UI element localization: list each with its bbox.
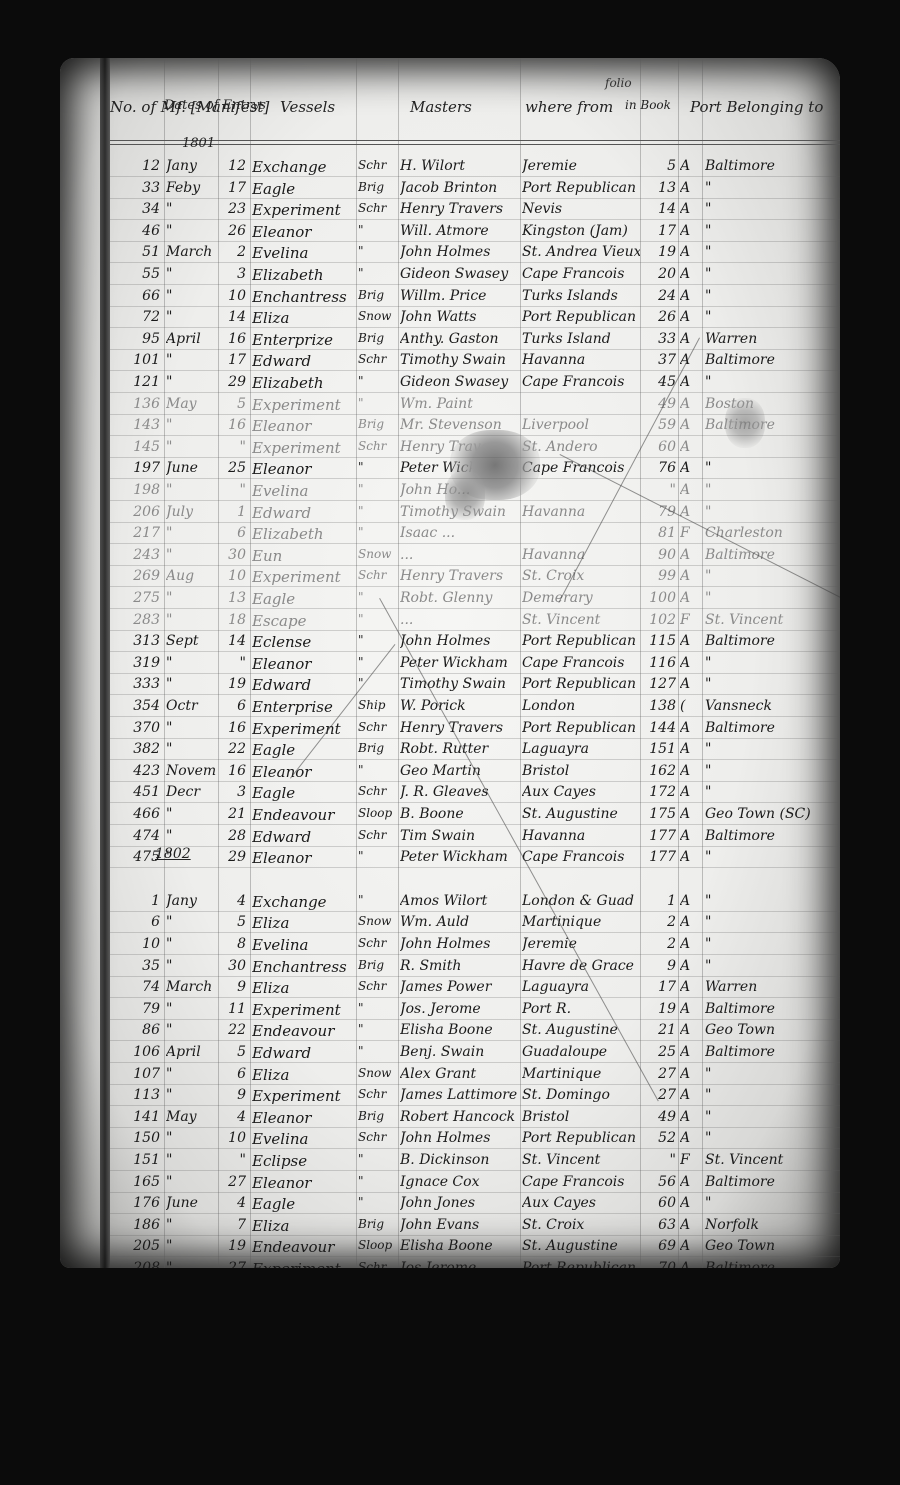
cell-folio: 115	[642, 633, 676, 649]
cell-from: Martinique	[522, 914, 640, 930]
cell-no: 66	[112, 288, 160, 304]
cell-vessel: Eleanor	[252, 417, 354, 435]
cell-no: 1	[112, 893, 160, 909]
cell-port: Baltimore	[705, 1174, 835, 1190]
cell-no: 206	[112, 504, 160, 520]
cell-month: "	[166, 958, 218, 974]
cell-day: 14	[220, 309, 246, 325]
cell-folio: 9	[642, 958, 676, 974]
cell-day: 5	[220, 914, 246, 930]
cell-day: 29	[220, 374, 246, 390]
cell-rig: Schr	[358, 936, 396, 950]
cell-master: H. Wilort	[400, 158, 520, 174]
cell-from: Guadaloupe	[522, 1044, 640, 1060]
cell-folio: 127	[642, 676, 676, 692]
cell-day: 1	[220, 504, 246, 520]
cell-no: 333	[112, 676, 160, 692]
cell-month: "	[166, 309, 218, 325]
cell-folio: 45	[642, 374, 676, 390]
cell-from: St. Vincent	[522, 612, 640, 628]
row-rule	[110, 911, 840, 912]
cell-folio: 90	[642, 547, 676, 563]
cell-port: Baltimore	[705, 1044, 835, 1060]
cell-no: 86	[112, 1022, 160, 1038]
cell-mark: A	[680, 655, 700, 671]
cell-day: 11	[220, 1001, 246, 1017]
cell-rig: "	[358, 1001, 396, 1015]
cell-vessel: Experiment	[252, 1087, 354, 1105]
row-rule	[110, 716, 840, 717]
cell-day: 19	[220, 676, 246, 692]
cell-vessel: Evelina	[252, 936, 354, 954]
cell-rig: "	[358, 590, 396, 604]
cell-master: Geo Martin	[400, 763, 520, 779]
cell-vessel: Eagle	[252, 1195, 354, 1213]
cell-no: 451	[112, 784, 160, 800]
cell-from: Port Republican	[522, 1130, 640, 1146]
cell-month: "	[166, 374, 218, 390]
row-rule	[110, 1084, 840, 1085]
cell-rig: "	[358, 1044, 396, 1058]
cell-vessel: Eleanor	[252, 460, 354, 478]
cell-month: "	[166, 936, 218, 952]
row-rule	[110, 1062, 840, 1063]
cell-vessel: Eleanor	[252, 655, 354, 673]
cell-folio: 19	[642, 1001, 676, 1017]
cell-port: Baltimore	[705, 352, 835, 368]
row-rule	[110, 565, 840, 566]
cell-mark: A	[680, 1217, 700, 1233]
row-rule	[110, 954, 840, 955]
cell-port: St. Vincent	[705, 1152, 835, 1168]
cell-master: John Watts	[400, 309, 520, 325]
cell-vessel: Edward	[252, 504, 354, 522]
cell-vessel: Experiment	[252, 439, 354, 457]
cell-port: "	[705, 180, 835, 196]
cell-port: Geo Town	[705, 1022, 835, 1038]
cell-month: March	[166, 244, 218, 260]
cell-from: St. Vincent	[522, 1152, 640, 1168]
cell-month: "	[166, 439, 218, 455]
cell-day: 2	[220, 244, 246, 260]
cell-mark: A	[680, 1260, 700, 1268]
cell-folio: 5	[642, 158, 676, 174]
cell-no: 466	[112, 806, 160, 822]
row-rule	[110, 846, 840, 847]
cell-day: 23	[220, 201, 246, 217]
cell-from: St. Croix	[522, 1217, 640, 1233]
ledger-header: No. of Mf. [Manifest] Dates of Entrys Ve…	[110, 98, 840, 138]
cell-mark: (	[680, 698, 700, 714]
cell-day: 4	[220, 1109, 246, 1125]
cell-master: Gideon Swasey	[400, 374, 520, 390]
row-rule	[110, 802, 840, 803]
cell-day: 10	[220, 568, 246, 584]
cell-day: 28	[220, 828, 246, 844]
cell-no: 74	[112, 979, 160, 995]
cell-folio: 24	[642, 288, 676, 304]
cell-master: ...	[400, 547, 520, 563]
cell-mark: A	[680, 849, 700, 865]
cell-folio: 100	[642, 590, 676, 606]
row-rule	[110, 997, 840, 998]
cell-no: 10	[112, 936, 160, 952]
cell-day: "	[220, 655, 246, 671]
cell-day: 5	[220, 396, 246, 412]
row-rule	[110, 500, 840, 501]
cell-rig: "	[358, 893, 396, 907]
cell-rig: "	[358, 1152, 396, 1166]
cell-master: Ignace Cox	[400, 1174, 520, 1190]
cell-folio: "	[642, 1152, 676, 1168]
cell-month: "	[166, 612, 218, 628]
year-label: 1801	[182, 136, 215, 151]
cell-port: "	[705, 655, 835, 671]
cell-mark: A	[680, 1174, 700, 1190]
cell-no: 6	[112, 914, 160, 930]
cell-port: "	[705, 201, 835, 217]
cell-port: "	[705, 1109, 835, 1125]
cell-day: 30	[220, 547, 246, 563]
cell-rig: Brig	[358, 180, 396, 194]
cell-master: J. R. Gleaves	[400, 784, 520, 800]
cell-day: 3	[220, 266, 246, 282]
cell-mark: A	[680, 568, 700, 584]
cell-no: 72	[112, 309, 160, 325]
cell-mark: A	[680, 958, 700, 974]
cell-vessel: Eclense	[252, 633, 354, 651]
cell-port: Warren	[705, 331, 835, 347]
cell-day: 13	[220, 590, 246, 606]
row-rule	[110, 824, 840, 825]
cell-month: May	[166, 1109, 218, 1125]
cell-mark: A	[680, 460, 700, 476]
cell-month: "	[166, 1238, 218, 1254]
cell-vessel: Elizabeth	[252, 374, 354, 392]
cell-vessel: Eleanor	[252, 1109, 354, 1127]
cell-master: John Holmes	[400, 936, 520, 952]
cell-port: Geo Town	[705, 1238, 835, 1254]
cell-rig: "	[358, 460, 396, 474]
cell-month: June	[166, 460, 218, 476]
cell-master: ...	[400, 612, 520, 628]
cell-folio: 102	[642, 612, 676, 628]
cell-master: Isaac ...	[400, 525, 520, 541]
cell-no: 186	[112, 1217, 160, 1233]
cell-month: Feby	[166, 180, 218, 196]
row-rule	[110, 976, 840, 977]
cell-day: 18	[220, 612, 246, 628]
cell-from: Cape Francois	[522, 655, 640, 671]
row-rule	[110, 867, 840, 868]
cell-folio: 116	[642, 655, 676, 671]
cell-month: "	[166, 1066, 218, 1082]
cell-day: 10	[220, 288, 246, 304]
cell-no: 269	[112, 568, 160, 584]
row-rule	[110, 543, 840, 544]
cell-master: Timothy Swain	[400, 352, 520, 368]
ink-stain	[725, 398, 765, 448]
cell-day: 14	[220, 633, 246, 649]
cell-master: Tim Swain	[400, 828, 520, 844]
cell-folio: "	[642, 482, 676, 498]
row-rule	[110, 522, 840, 523]
cell-port: "	[705, 676, 835, 692]
cell-port: Geo Town (SC)	[705, 806, 835, 822]
cell-from: Nevis	[522, 201, 640, 217]
cell-day: 30	[220, 958, 246, 974]
cell-no: 106	[112, 1044, 160, 1060]
cell-mark: A	[680, 1195, 700, 1211]
cell-vessel: Experiment	[252, 396, 354, 414]
cell-port: "	[705, 1066, 835, 1082]
cell-master: Wm. Auld	[400, 914, 520, 930]
cell-month: "	[166, 914, 218, 930]
cell-no: 141	[112, 1109, 160, 1125]
cell-rig: "	[358, 1195, 396, 1209]
cell-from: Bristol	[522, 1109, 640, 1125]
cell-folio: 60	[642, 439, 676, 455]
cell-rig: "	[358, 504, 396, 518]
cell-rig: Brig	[358, 417, 396, 431]
cell-master: Willm. Price	[400, 288, 520, 304]
cell-month: "	[166, 525, 218, 541]
cell-vessel: Enchantress	[252, 288, 354, 306]
cell-mark: A	[680, 1044, 700, 1060]
cell-mark: A	[680, 633, 700, 649]
cell-folio: 70	[642, 1260, 676, 1268]
row-rule	[110, 1148, 840, 1149]
cell-master: John Holmes	[400, 1130, 520, 1146]
cell-mark: A	[680, 1087, 700, 1103]
cell-folio: 69	[642, 1238, 676, 1254]
row-rule	[110, 327, 840, 328]
cell-folio: 138	[642, 698, 676, 714]
cell-rig: "	[358, 849, 396, 863]
cell-vessel: Endeavour	[252, 806, 354, 824]
cell-day: 9	[220, 979, 246, 995]
cell-port: "	[705, 568, 835, 584]
cell-rig: Sloop	[358, 1238, 396, 1252]
cell-port: "	[705, 849, 835, 865]
cell-vessel: Eagle	[252, 784, 354, 802]
cell-no: 319	[112, 655, 160, 671]
cell-day: 27	[220, 1260, 246, 1268]
cell-port: "	[705, 288, 835, 304]
row-rule	[110, 241, 840, 242]
cell-vessel: Experiment	[252, 720, 354, 738]
row-rule	[110, 781, 840, 782]
cell-month: Jany	[166, 158, 218, 174]
cell-rig: Schr	[358, 1087, 396, 1101]
cell-rig: Brig	[358, 288, 396, 302]
cell-mark: A	[680, 396, 700, 412]
cell-from: St. Andrea Vieux	[522, 244, 640, 260]
header-date: Dates of Entrys	[164, 98, 266, 113]
cell-vessel: Eagle	[252, 741, 354, 759]
cell-mark: A	[680, 676, 700, 692]
row-rule	[110, 694, 840, 695]
cell-day: 27	[220, 1174, 246, 1190]
cell-folio: 175	[642, 806, 676, 822]
cell-no: 382	[112, 741, 160, 757]
cell-day: 16	[220, 417, 246, 433]
cell-month: "	[166, 352, 218, 368]
row-rule	[110, 198, 840, 199]
cell-folio: 144	[642, 720, 676, 736]
cell-no: 217	[112, 525, 160, 541]
row-rule	[110, 1019, 840, 1020]
cell-mark: F	[680, 525, 700, 541]
cell-no: 423	[112, 763, 160, 779]
cell-vessel: Eagle	[252, 590, 354, 608]
cell-folio: 99	[642, 568, 676, 584]
cell-month: "	[166, 223, 218, 239]
cell-vessel: Exchange	[252, 158, 354, 176]
cell-rig: Brig	[358, 331, 396, 345]
cell-mark: A	[680, 439, 700, 455]
cell-vessel: Experiment	[252, 1001, 354, 1019]
cell-master: R. Smith	[400, 958, 520, 974]
cell-month: "	[166, 676, 218, 692]
cell-master: W. Porick	[400, 698, 520, 714]
cell-rig: Schr	[358, 158, 396, 172]
cell-master: Timothy Swain	[400, 676, 520, 692]
cell-no: 121	[112, 374, 160, 390]
cell-month: May	[166, 396, 218, 412]
row-rule	[110, 414, 840, 415]
cell-vessel: Eagle	[252, 180, 354, 198]
cell-folio: 17	[642, 979, 676, 995]
cell-no: 313	[112, 633, 160, 649]
cell-vessel: Eclipse	[252, 1152, 354, 1170]
cell-folio: 19	[642, 244, 676, 260]
cell-mark: A	[680, 223, 700, 239]
cell-vessel: Eliza	[252, 1217, 354, 1235]
cell-vessel: Eliza	[252, 309, 354, 327]
cell-from: Jeremie	[522, 158, 640, 174]
cell-rig: Snow	[358, 914, 396, 928]
cell-port: "	[705, 741, 835, 757]
cell-from: Cape Francois	[522, 849, 640, 865]
cell-day: 21	[220, 806, 246, 822]
cell-mark: A	[680, 590, 700, 606]
cell-rig: "	[358, 1174, 396, 1188]
cell-day: 9	[220, 1087, 246, 1103]
cell-no: 107	[112, 1066, 160, 1082]
cell-from: Aux Cayes	[522, 1195, 640, 1211]
cell-no: 205	[112, 1238, 160, 1254]
cell-rig: Schr	[358, 1260, 396, 1268]
cell-no: 283	[112, 612, 160, 628]
cell-no: 243	[112, 547, 160, 563]
cell-master: Henry Travers	[400, 568, 520, 584]
cell-folio: 151	[642, 741, 676, 757]
cell-day: 26	[220, 223, 246, 239]
cell-day: 10	[220, 1130, 246, 1146]
cell-month: "	[166, 547, 218, 563]
cell-port: "	[705, 784, 835, 800]
cell-from: Kingston (Jam)	[522, 223, 640, 239]
cell-from: St. Andero	[522, 439, 640, 455]
row-rule	[110, 176, 840, 177]
folio-note: folio	[605, 76, 632, 90]
cell-vessel: Edward	[252, 676, 354, 694]
cell-rig: Schr	[358, 1130, 396, 1144]
cell-no: 33	[112, 180, 160, 196]
cell-month: April	[166, 1044, 218, 1060]
cell-from: Turks Island	[522, 331, 640, 347]
cell-folio: 37	[642, 352, 676, 368]
cell-rig: Brig	[358, 1217, 396, 1231]
row-rule	[110, 457, 840, 458]
cell-folio: 56	[642, 1174, 676, 1190]
cell-day: 4	[220, 1195, 246, 1211]
cell-rig: Schr	[358, 201, 396, 215]
cell-master: John Jones	[400, 1195, 520, 1211]
row-rule	[110, 349, 840, 350]
cell-from: Cape Francois	[522, 374, 640, 390]
cell-day: 6	[220, 1066, 246, 1082]
cell-vessel: Eleanor	[252, 223, 354, 241]
cell-from: Cape Francois	[522, 266, 640, 282]
row-rule	[110, 478, 840, 479]
cell-master: Wm. Paint	[400, 396, 520, 412]
cell-rig: "	[358, 525, 396, 539]
cell-day: 25	[220, 460, 246, 476]
cell-vessel: Eleanor	[252, 1174, 354, 1192]
cell-master: Henry Travers	[400, 720, 520, 736]
cell-month: "	[166, 417, 218, 433]
cell-no: 113	[112, 1087, 160, 1103]
cell-vessel: Elizabeth	[252, 525, 354, 543]
cell-master: James Power	[400, 979, 520, 995]
cell-master: Anthy. Gaston	[400, 331, 520, 347]
cell-day: 3	[220, 784, 246, 800]
cell-mark: A	[680, 547, 700, 563]
cell-vessel: Enterprise	[252, 698, 354, 716]
cell-master: Alex Grant	[400, 1066, 520, 1082]
cell-folio: 49	[642, 396, 676, 412]
cell-master: Elisha Boone	[400, 1238, 520, 1254]
cell-port: Baltimore	[705, 1260, 835, 1268]
cell-mark: A	[680, 893, 700, 909]
cell-no: 34	[112, 201, 160, 217]
header-where-from: where from	[525, 98, 613, 116]
cell-from: St. Augustine	[522, 1238, 640, 1254]
cell-port: Norfolk	[705, 1217, 835, 1233]
cell-master: Jos. Jerome	[400, 1001, 520, 1017]
cell-no: 95	[112, 331, 160, 347]
cell-no: 474	[112, 828, 160, 844]
cell-month: "	[166, 741, 218, 757]
cell-vessel: Enterprize	[252, 331, 354, 349]
cell-month: "	[166, 849, 218, 865]
cell-rig: Ship	[358, 698, 396, 712]
cell-mark: A	[680, 158, 700, 174]
cell-vessel: Eliza	[252, 1066, 354, 1084]
cell-no: 165	[112, 1174, 160, 1190]
row-rule	[110, 608, 840, 609]
cell-month: "	[166, 266, 218, 282]
cell-mark: A	[680, 1109, 700, 1125]
row-rule	[110, 673, 840, 674]
cell-folio: 2	[642, 914, 676, 930]
cell-mark: A	[680, 1001, 700, 1017]
cell-day: 7	[220, 1217, 246, 1233]
cell-no: 475	[112, 849, 160, 865]
cell-from: London & Guad	[522, 893, 640, 909]
